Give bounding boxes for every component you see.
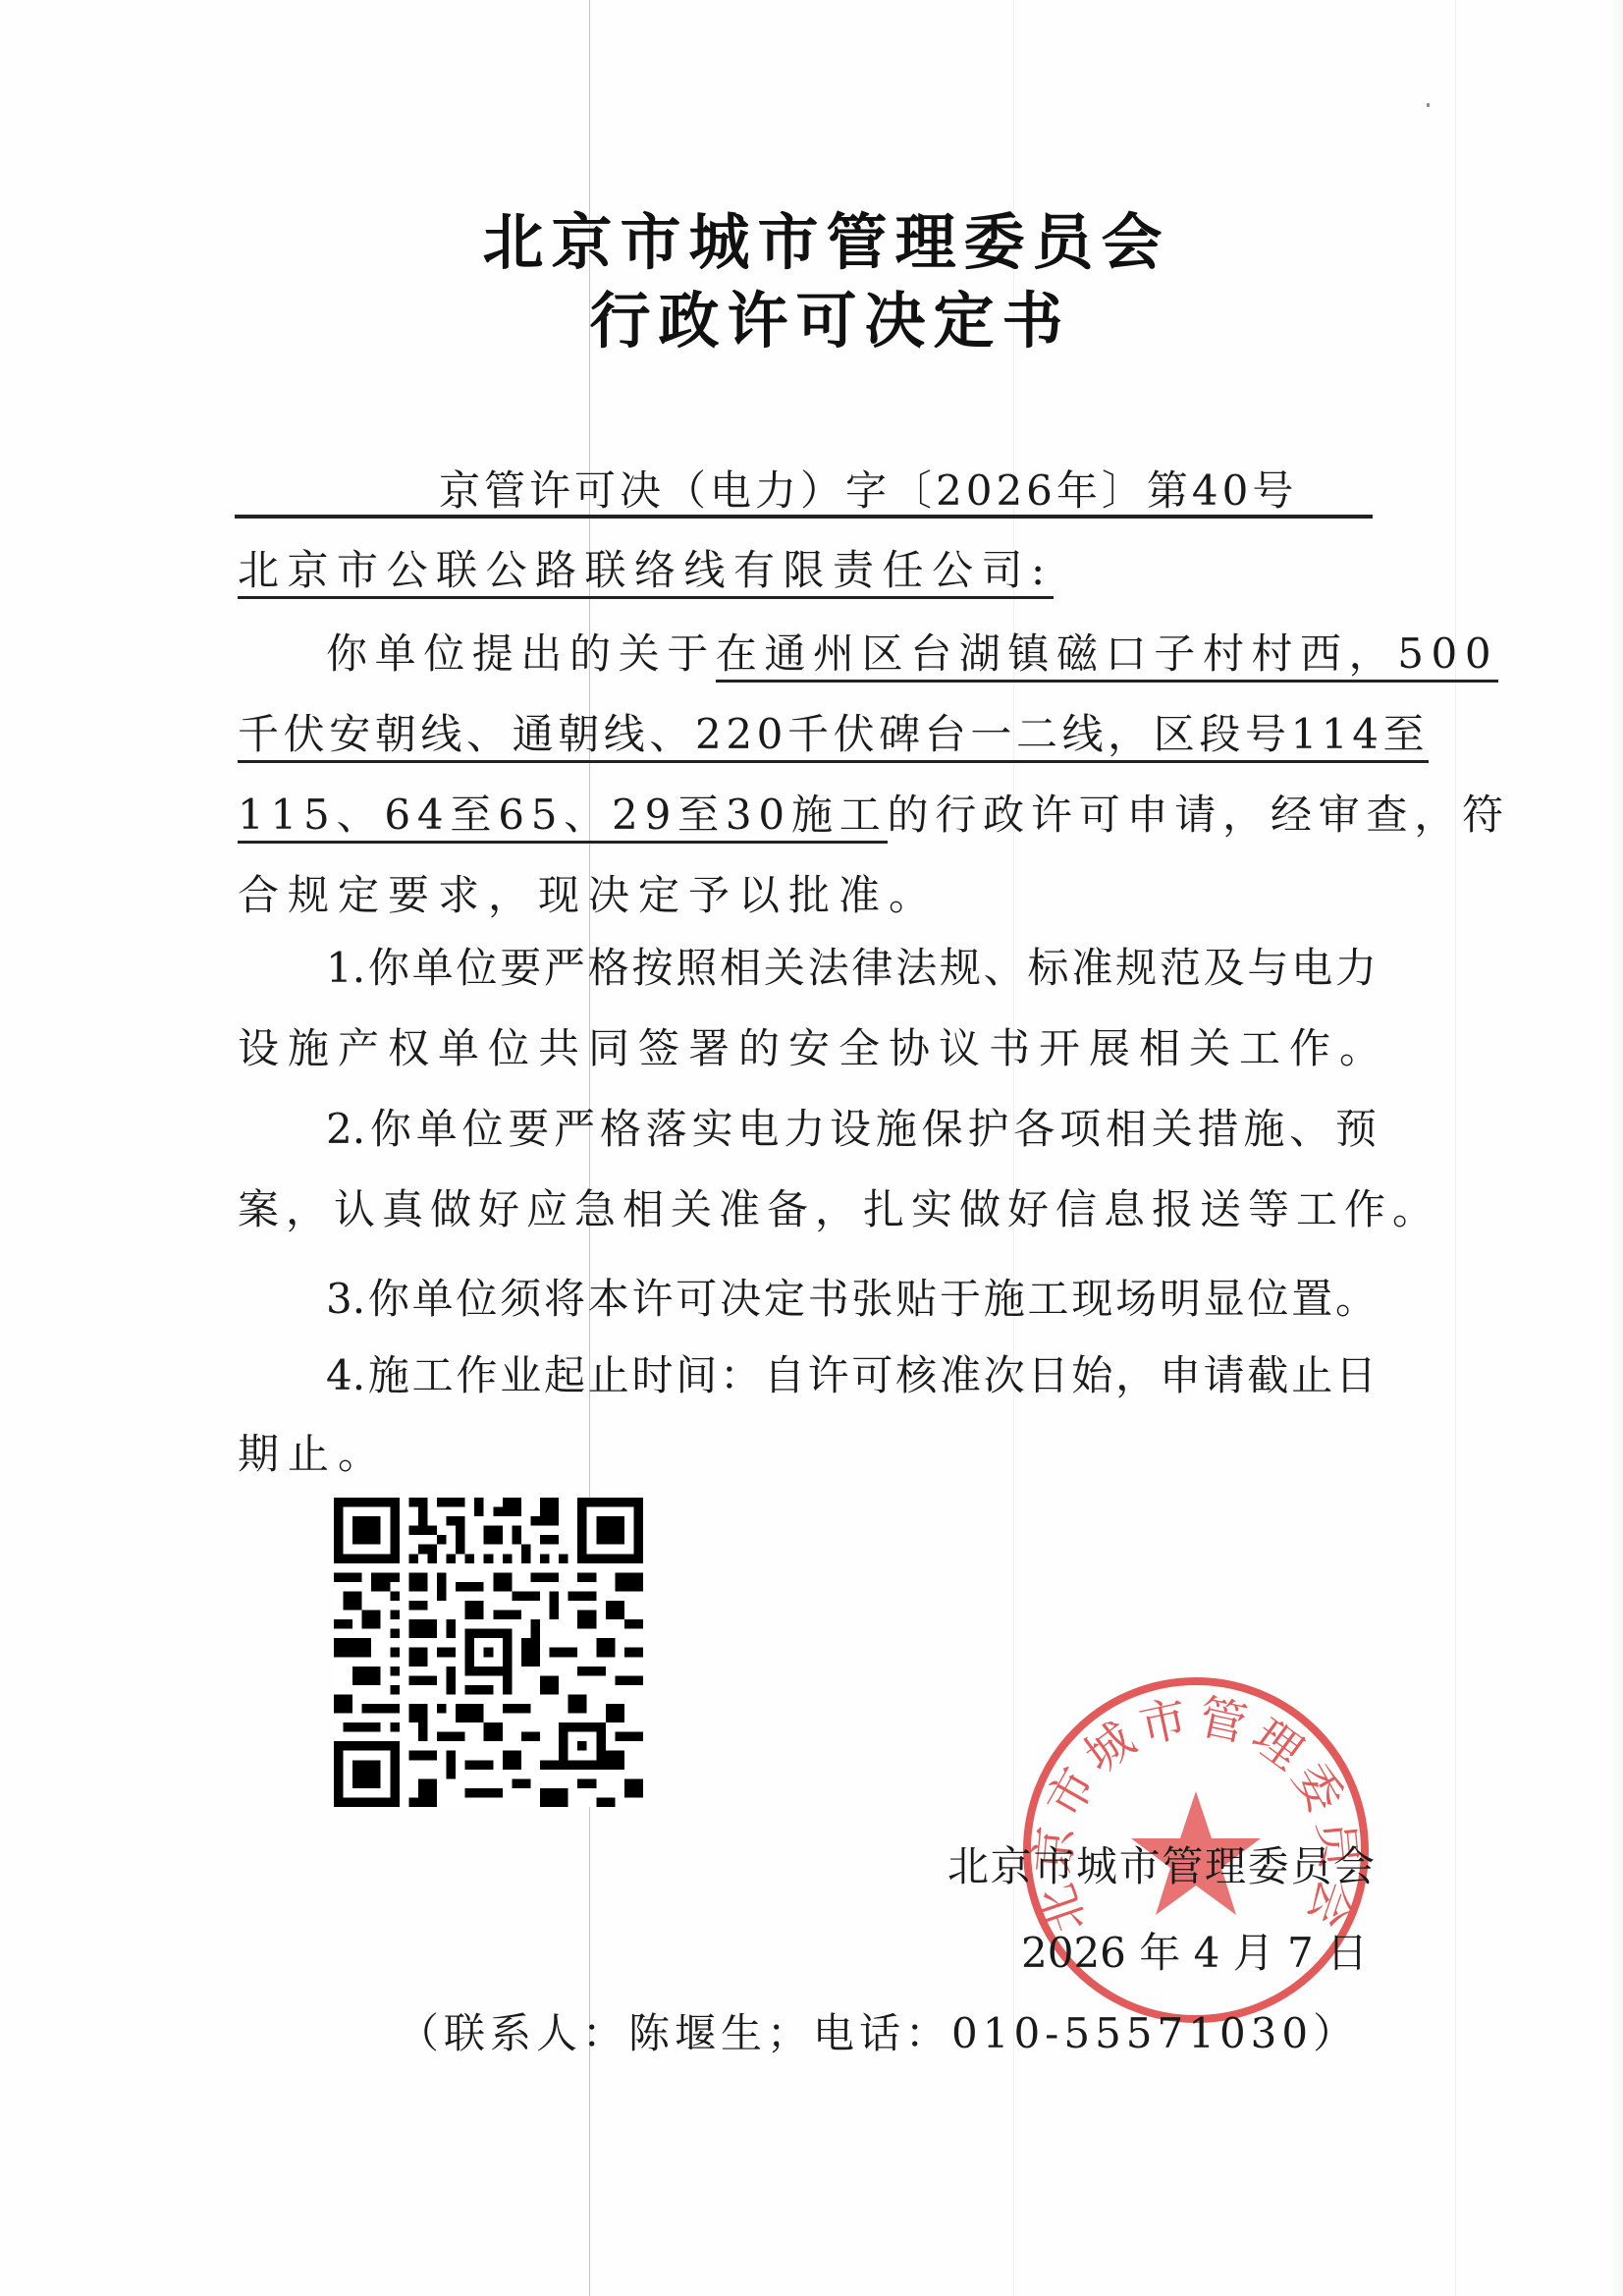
recipient: 北京市公联公路联络线有限责任公司: (238, 548, 1377, 593)
body-underlined-text: 115、64至65、29至30施工 (238, 791, 888, 844)
body-line-2: 千伏安朝线、通朝线、220千伏碑台一二线，区段号114至 (238, 712, 1377, 757)
document-number: 京管许可决（电力）字〔2026年〕第40号 (439, 469, 1297, 513)
signing-date: 2026 年 4 月 7 日 (1021, 1931, 1325, 1976)
item-4-line-1: 4.施工作业起止时间：自许可核准次日始，申请截止日 (238, 1353, 1377, 1398)
item-2-line-2: 案，认真做好应急相关准备，扎实做好信息报送等工作。 (238, 1187, 1377, 1232)
body-line-3: 115、64至65、29至30施工的行政许可申请，经审查，符 (238, 793, 1377, 838)
body-underlined-text: 千伏安朝线、通朝线、220千伏碑台一二线，区段号114至 (238, 710, 1429, 763)
body-line-4: 合规定要求，现决定予以批准。 (238, 873, 1377, 918)
signing-organization: 北京市城市管理委员会 (947, 1844, 1375, 1889)
item-2-line-1: 2.你单位要严格落实电力设施保护各项相关措施、预 (238, 1107, 1377, 1152)
document-number-line: 京管许可决（电力）字〔2026年〕第40号 (235, 469, 1373, 519)
body-text: 你单位提出的关于 (326, 629, 716, 678)
item-4-line-2: 期止。 (238, 1432, 1377, 1477)
qr-code (334, 1498, 643, 1807)
body-underlined-text: 在通州区台湖镇磁口子村村西，500 (716, 629, 1498, 683)
document-title-line2: 行政许可决定书 (0, 287, 1623, 355)
item-1-line-1: 1.你单位要严格按照相关法律法规、标准规范及与电力 (238, 946, 1377, 991)
document-page: 北京市城市管理委员会 行政许可决定书 京管许可决（电力）字〔2026年〕第40号… (0, 0, 1623, 2296)
scan-speck (1427, 103, 1430, 107)
recipient-name: 北京市公联公路联络线有限责任公司: (238, 546, 1054, 599)
item-1-line-2: 设施产权单位共同签署的安全协议书开展相关工作。 (238, 1026, 1377, 1071)
contact-info: （联系人：陈堰生；电话：010-55571030） (398, 2011, 1359, 2056)
body-line-1: 你单位提出的关于在通州区台湖镇磁口子村村西，500 (238, 631, 1377, 677)
document-title-line1: 北京市城市管理委员会 (0, 208, 1623, 277)
item-3-line-1: 3.你单位须将本许可决定书张贴于施工现场明显位置。 (238, 1277, 1377, 1322)
body-text: 的行政许可申请，经审查，符 (888, 791, 1510, 839)
